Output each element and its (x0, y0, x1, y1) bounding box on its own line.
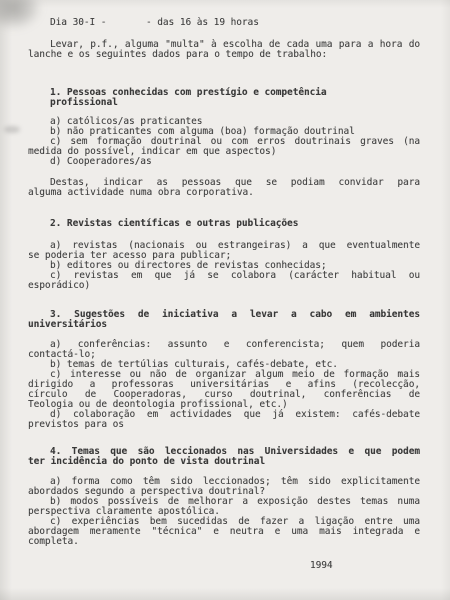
footer-year: 1994 (28, 561, 420, 571)
scanned-document-page: Dia 30-I - - das 16 às 19 horas Levar, p… (0, 0, 450, 600)
text-line: profissional (28, 98, 420, 108)
text-line: esporádico) (28, 281, 420, 291)
section-1-items: a) católicos/as praticantes b) não prati… (28, 117, 420, 167)
text-line: universitários (28, 320, 420, 330)
document-body: Dia 30-I - - das 16 às 19 horas Levar, p… (28, 18, 420, 571)
section-4-items: a) forma como têm sido leccionados; têm … (28, 477, 420, 547)
header-line: Dia 30-I - - das 16 às 19 horas (28, 18, 420, 28)
scan-edge-right (441, 0, 450, 600)
section-3-items: a) conferências: assunto e conferencista… (28, 340, 420, 430)
section-3-heading: 3. Sugestões de iniciativa a levar a cab… (28, 310, 420, 330)
text-line: previstos para os (28, 420, 420, 430)
scan-edge-bottom (0, 588, 450, 600)
intro-paragraph: Levar, p.f., alguma "multa" à escolha de… (28, 40, 420, 60)
text-line: lanche e os seguintes dados para o tempo… (28, 50, 420, 60)
section-2-items: a) revistas (nacionais ou estrangeiras) … (28, 241, 420, 291)
scan-smudge (4, 126, 20, 133)
section-1-heading: 1. Pessoas conhecidas com prestígio e co… (28, 88, 420, 108)
text-line: 2. Revistas científicas e outras publica… (28, 219, 420, 229)
list-item-d: d) Cooperadores/as (28, 157, 420, 167)
scan-edge-left (0, 0, 12, 600)
scan-edge-top (0, 0, 450, 8)
section-2-heading: 2. Revistas científicas e outras publica… (28, 219, 420, 229)
text-line: ter incidência do ponto de vista doutrin… (28, 457, 420, 467)
text-line: completa. (28, 537, 420, 547)
text-line: abordagem meramente "técnica" e neutra e… (28, 527, 420, 537)
section-4-heading: 4. Temas que são leccionados nas Univers… (28, 447, 420, 467)
section-1-note: Destas, indicar as pessoas que se podiam… (28, 178, 420, 198)
text-line: alguma actividade numa obra corporativa. (28, 188, 420, 198)
